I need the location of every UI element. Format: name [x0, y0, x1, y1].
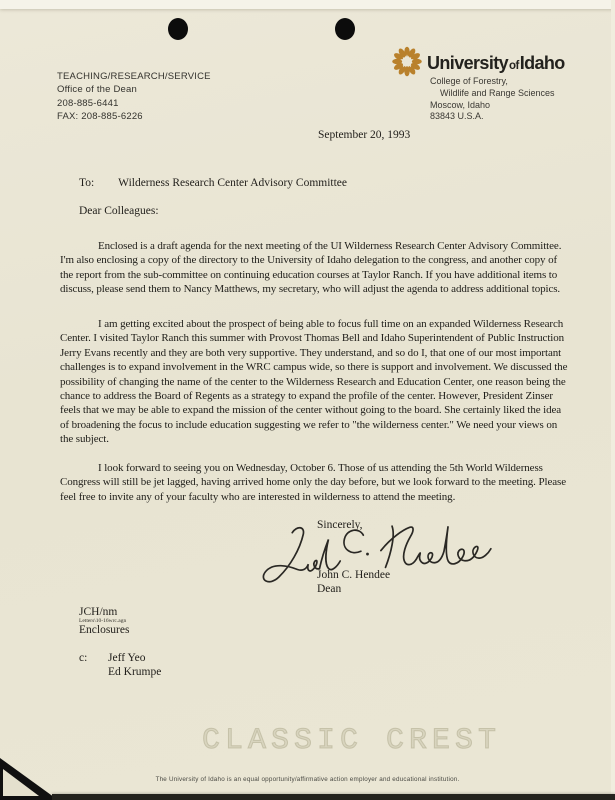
- body-paragraph-1: Enclosed is a draft agenda for the next …: [60, 239, 572, 297]
- starburst-logo-icon: [390, 46, 424, 77]
- zip-line: 83843 U.S.A.: [430, 111, 555, 123]
- letter-date: September 20, 1993: [318, 129, 410, 141]
- signature-title: Dean: [317, 583, 341, 595]
- salutation: Dear Colleagues:: [79, 205, 159, 217]
- body-paragraph-2: I am getting excited about the prospect …: [60, 317, 572, 447]
- cc-name: Jeff Yeo: [108, 652, 146, 664]
- college-line: Wildlife and Range Sciences: [430, 88, 555, 100]
- letterhead-address-block: College of Forestry, Wildlife and Range …: [430, 76, 555, 123]
- letterhead-phone: 208-885-6441: [57, 97, 211, 110]
- cc-label: c:: [79, 652, 87, 664]
- recipient-name: Wilderness Research Center Advisory Comm…: [118, 177, 347, 189]
- scan-top-edge: [0, 0, 615, 9]
- wordmark-university: University: [427, 53, 508, 73]
- scan-corner-artifact-inner: [3, 769, 39, 796]
- footer-disclaimer: The University of Idaho is an equal oppo…: [0, 776, 615, 783]
- city-line: Moscow, Idaho: [430, 100, 555, 112]
- to-label: To:: [79, 177, 94, 189]
- scan-right-edge: [611, 0, 615, 800]
- letterhead-office-block: TEACHING/RESEARCH/SERVICE Office of the …: [57, 70, 211, 123]
- recipient-line: To:Wilderness Research Center Advisory C…: [79, 177, 347, 189]
- college-line: College of Forestry,: [430, 76, 555, 88]
- scanned-letter-page: TEACHING/RESEARCH/SERVICE Office of the …: [0, 0, 615, 800]
- wordmark-idaho: Idaho: [520, 53, 565, 73]
- paper-watermark: CLASSIC CREST: [202, 724, 501, 758]
- letterhead-office: Office of the Dean: [57, 83, 211, 96]
- letterhead-fax: FAX: 208-885-6226: [57, 110, 211, 123]
- body-paragraph-3: I look forward to seeing you on Wednesda…: [60, 461, 572, 504]
- scan-bottom-edge-artifact: [52, 794, 615, 800]
- letterhead-division: TEACHING/RESEARCH/SERVICE: [57, 70, 211, 83]
- cc-name: Ed Krumpe: [108, 666, 161, 678]
- reference-initials: JCH/nm: [79, 606, 117, 618]
- punch-hole-icon: [335, 18, 355, 40]
- punch-hole-icon: [168, 18, 188, 40]
- university-wordmark: UniversityofIdaho: [427, 53, 565, 74]
- wordmark-of: of: [509, 60, 519, 72]
- typed-signature-name: John C. Hendee: [317, 569, 390, 581]
- enclosures-note: Enclosures: [79, 624, 129, 636]
